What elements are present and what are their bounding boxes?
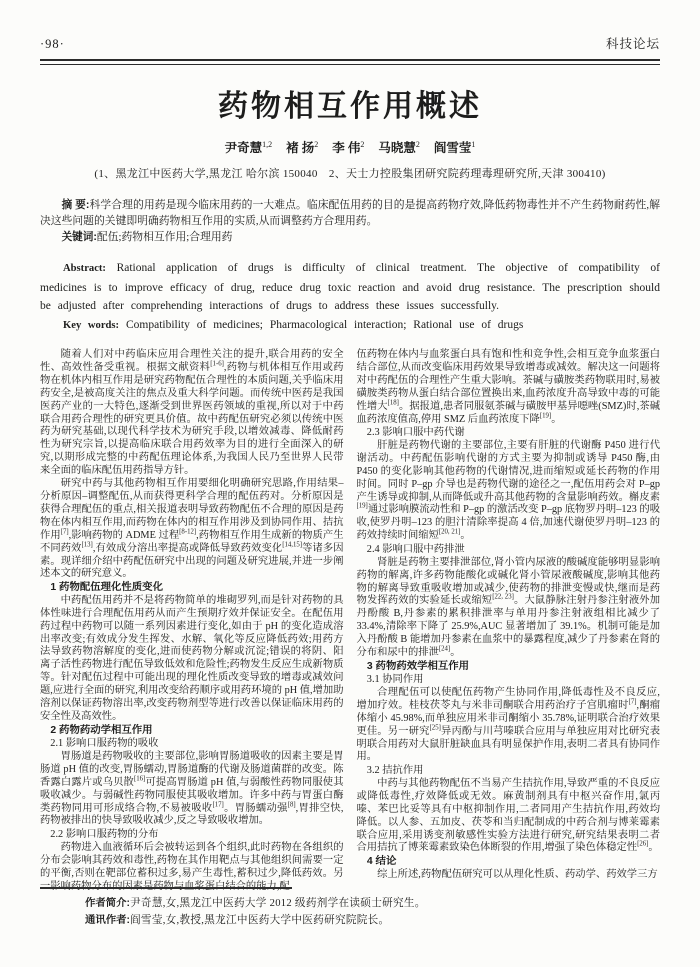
body-paragraph: 药物进入血液循环后会被转运到各个组织,此时药物在各组织的分布会影响其药效和毒性,… — [40, 842, 344, 894]
author-list: 尹奇慧1,2褚 扬2李 伟2马晓慧2阎雪莹1 — [40, 138, 660, 156]
header-rule — [40, 59, 660, 65]
keywords-cn: 关键词:配伍;药物相互作用;合理用药 — [40, 229, 660, 245]
abstract-en: Abstract: Rational application of drugs … — [40, 259, 660, 316]
journal-section-label: 科技论坛 — [606, 34, 660, 52]
body-paragraph: 肝脏是药物代谢的主要部位,主要有肝脏的代谢酶 P450 进行代谢活动。中药配伍影… — [357, 440, 661, 543]
body-columns: 随着人们对中药临床应用合理性关注的提升,联合用药的安全性、高效性备受重视。根据文… — [40, 349, 660, 893]
column-left: 随着人们对中药临床应用合理性关注的提升,联合用药的安全性、高效性备受重视。根据文… — [40, 349, 344, 893]
page-header: ·98· 科技论坛 — [40, 34, 660, 52]
column-right: 伍药物在体内与血浆蛋白具有饱和性和竞争性,会相互竞争血浆蛋白结合部位,从而改变临… — [357, 349, 661, 893]
abstract-cn-block: 摘 要:科学合理的用药是现今临床用药的一大难点。临床配伍用药的目的是提高药物疗效… — [40, 197, 660, 245]
body-paragraph: 研究中药与其他药物相互作用要细化明确研究思路,作用结果–分析原因–调整配伍,从而… — [40, 478, 344, 581]
body-paragraph: 综上所述,药物配伍研究可以从理化性质、药动学、药效学三方 — [357, 869, 661, 882]
keywords-cn-label: 关键词: — [62, 231, 97, 243]
footnote-label: 作者简介: — [85, 898, 130, 909]
keywords-en: Key words: Compatibility of medicines; P… — [40, 316, 660, 336]
section-heading: 2.1 影响口服药物的吸收 — [40, 737, 344, 751]
footnote-line: 通讯作者:阎雪莹,女,教授,黑龙江中医药大学中医药研究院院长。 — [40, 913, 660, 930]
abstract-en-block: Abstract: Rational application of drugs … — [40, 259, 660, 335]
paper-title: 药物相互作用概述 — [40, 90, 660, 123]
section-heading: 2.4 影响口服中药排泄 — [357, 543, 661, 557]
journal-page: ·98· 科技论坛 药物相互作用概述 尹奇慧1,2褚 扬2李 伟2马晓慧2阎雪莹… — [0, 0, 700, 967]
keywords-en-text: Compatibility of medicines; Pharmacologi… — [126, 319, 523, 331]
abstract-en-text: Rational application of drugs is difficu… — [40, 262, 660, 312]
footnote-line: 作者简介:尹奇慧,女,黑龙江中医药大学 2012 级药剂学在读硕士研究生。 — [40, 896, 660, 913]
body-paragraph: 中药与其他药物配伍不当易产生拮抗作用,导致严重的不良反应或降低毒性,疗效降低或无… — [357, 778, 661, 855]
body-paragraph: 伍药物在体内与血浆蛋白具有饱和性和竞争性,会相互竞争血浆蛋白结合部位,从而改变临… — [357, 349, 661, 426]
author-name: 尹奇慧1,2 — [225, 141, 273, 155]
section-heading: 3.2 拮抗作用 — [357, 764, 661, 778]
keywords-en-label: Key words: — [63, 320, 119, 331]
section-heading: 3 药物药效学相互作用 — [357, 660, 661, 674]
abstract-cn-label: 摘 要: — [62, 199, 90, 211]
section-heading: 1 药物配伍理化性质变化 — [40, 581, 344, 595]
abstract-cn-text: 科学合理的用药是现今临床用药的一大难点。临床配伍用药的目的是提高药物疗效,降低药… — [40, 199, 660, 227]
body-paragraph: 随着人们对中药临床应用合理性关注的提升,联合用药的安全性、高效性备受重视。根据文… — [40, 349, 344, 478]
author-name: 马晓慧2 — [378, 141, 420, 155]
footnote-list: 作者简介:尹奇慧,女,黑龙江中医药大学 2012 级药剂学在读硕士研究生。通讯作… — [40, 896, 660, 929]
body-paragraph: 中药配伍用药并不是将药物简单的堆砌罗列,而是针对药物的具体性味进行合理配伍用药从… — [40, 595, 344, 724]
body-paragraph: 合理配伍可以使配伍药物产生协同作用,降低毒性及不良反应,增加疗效。桂枝茯苓丸与米… — [357, 687, 661, 764]
affiliation: (1、黑龙江中医药大学,黑龙江 哈尔滨 150040 2、天士力控股集团研究院药… — [40, 165, 660, 181]
footnote-area: 作者简介:尹奇慧,女,黑龙江中医药大学 2012 级药剂学在读硕士研究生。通讯作… — [40, 887, 660, 929]
author-name: 李 伟2 — [332, 141, 364, 155]
footnote-label: 通讯作者: — [85, 915, 130, 926]
section-heading: 2.2 影响口服药物的分布 — [40, 828, 344, 842]
section-heading: 2 药物药动学相互作用 — [40, 724, 344, 738]
page-number: ·98· — [40, 37, 65, 52]
keywords-cn-text: 配伍;药物相互作用;合理用药 — [97, 231, 233, 243]
abstract-cn: 摘 要:科学合理的用药是现今临床用药的一大难点。临床配伍用药的目的是提高药物疗效… — [40, 197, 660, 229]
section-heading: 2.3 影响口服中药代谢 — [357, 426, 661, 440]
footnote-divider — [40, 887, 292, 889]
author-name: 褚 扬2 — [286, 141, 318, 155]
abstract-en-label: Abstract: — [63, 263, 106, 274]
section-heading: 3.1 协同作用 — [357, 673, 661, 687]
author-name: 阎雪莹1 — [434, 141, 476, 155]
section-heading: 4 结论 — [357, 855, 661, 869]
body-paragraph: 胃肠道是药物吸收的主要部位,影响胃肠道吸收的因素主要是胃肠道 pH 值的改变,胃… — [40, 751, 344, 828]
body-paragraph: 肾脏是药物主要排泄部位,肾小管内尿液的酸碱度能够明显影响药物的解离,许多药物能酸… — [357, 557, 661, 660]
